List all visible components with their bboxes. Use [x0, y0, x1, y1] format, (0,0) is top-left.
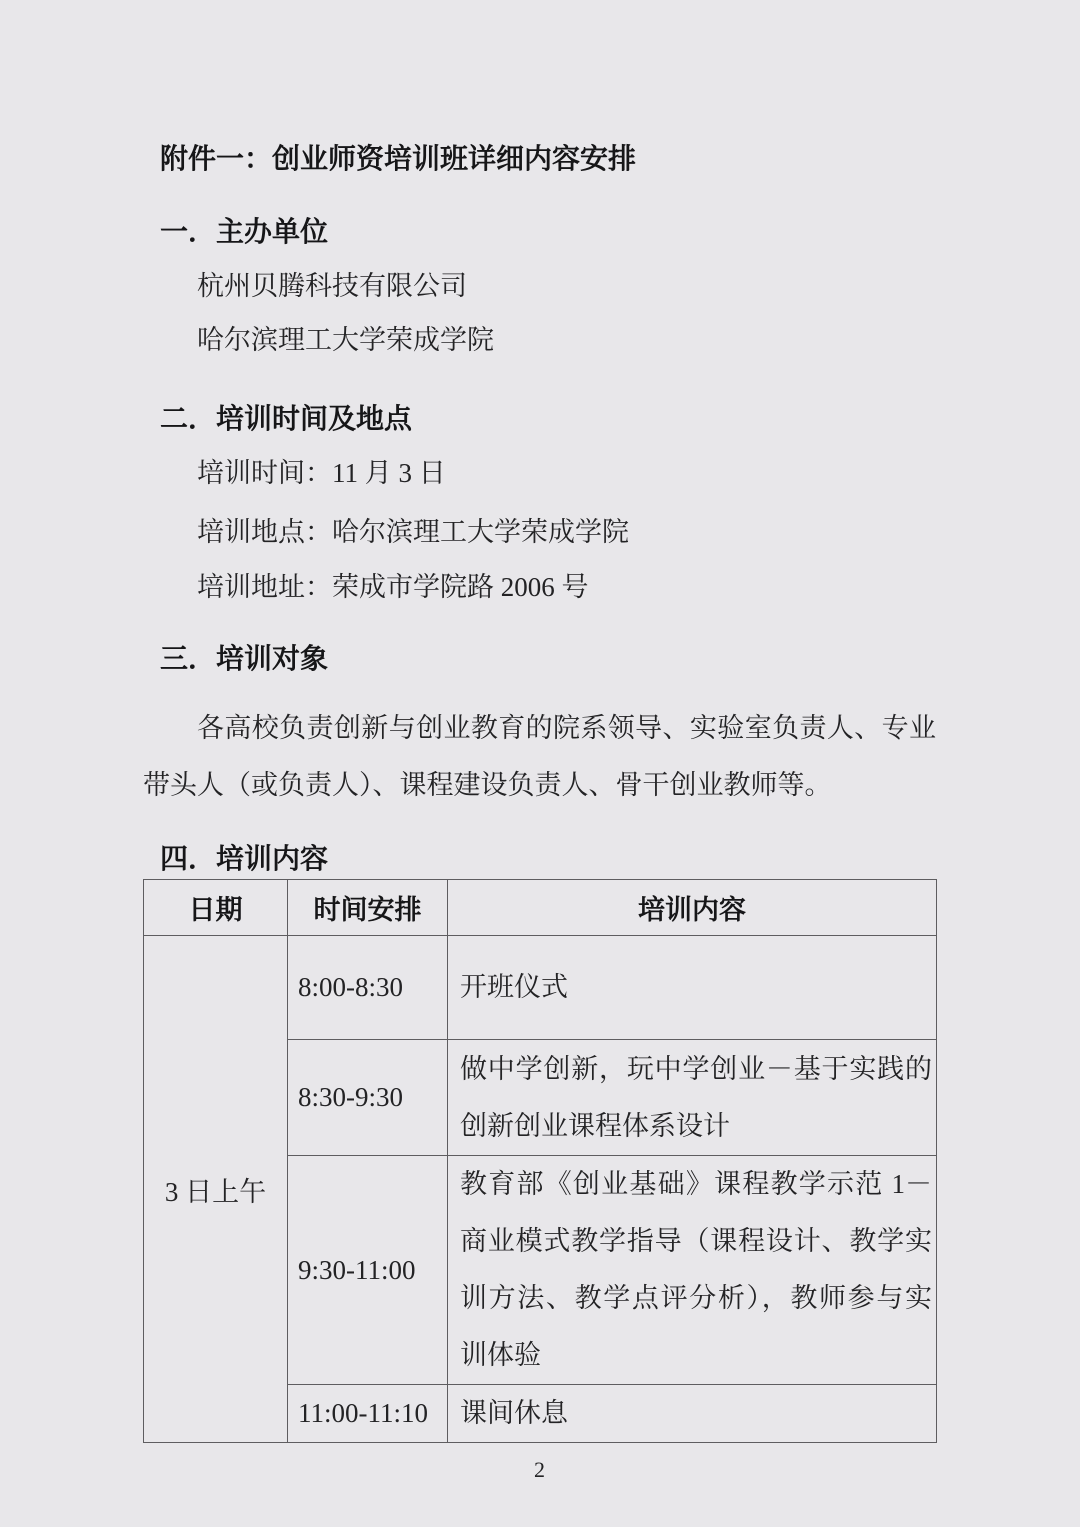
time-cell: 11:00-11:10: [288, 1385, 448, 1443]
content-cell: 课间休息: [448, 1385, 937, 1443]
document-title: 附件一：创业师资培训班详细内容安排: [143, 142, 936, 176]
column-header-date: 日期: [144, 880, 288, 936]
audience-paragraph: 各高校负责创新与创业教育的院系领导、实验室负责人、专业带头人（或负责人）、课程建…: [143, 700, 936, 814]
section-heading-audience: 三．培训对象: [143, 642, 936, 676]
training-address-line: 培训地址：荣成市学院路 2006 号: [143, 571, 936, 604]
time-cell: 8:00-8:30: [288, 936, 448, 1040]
content-cell: 教育部《创业基础》课程教学示范 1－商业模式教学指导（课程设计、教学实训方法、教…: [448, 1156, 937, 1385]
section-heading-time-location: 二．培训时间及地点: [143, 402, 936, 436]
time-cell: 9:30-11:00: [288, 1156, 448, 1385]
content-cell: 做中学创新，玩中学创业－基于实践的创新创业课程体系设计: [448, 1040, 937, 1156]
time-cell: 8:30-9:30: [288, 1040, 448, 1156]
training-time-line: 培训时间：11 月 3 日: [143, 457, 936, 490]
table-header-row: 日期 时间安排 培训内容: [144, 880, 937, 936]
column-header-content: 培训内容: [448, 880, 937, 936]
document-page: 附件一：创业师资培训班详细内容安排 一．主办单位 杭州贝腾科技有限公司 哈尔滨理…: [0, 0, 1080, 1527]
section-heading-organizers: 一．主办单位: [143, 215, 936, 249]
column-header-time: 时间安排: [288, 880, 448, 936]
page-number: 2: [143, 1457, 936, 1483]
training-location-line: 培训地点：哈尔滨理工大学荣成学院: [143, 516, 936, 549]
schedule-table: 日期 时间安排 培训内容 3 日上午 8:00-8:30 开班仪式 8:30-9…: [143, 879, 937, 1443]
date-cell: 3 日上午: [144, 936, 288, 1443]
table-row: 3 日上午 8:00-8:30 开班仪式: [144, 936, 937, 1040]
section-heading-content: 四．培训内容: [143, 842, 936, 876]
organizer-line: 杭州贝腾科技有限公司: [143, 270, 936, 303]
organizer-line: 哈尔滨理工大学荣成学院: [143, 324, 936, 357]
document-content: 附件一：创业师资培训班详细内容安排 一．主办单位 杭州贝腾科技有限公司 哈尔滨理…: [143, 142, 936, 1443]
content-cell: 开班仪式: [448, 936, 937, 1040]
